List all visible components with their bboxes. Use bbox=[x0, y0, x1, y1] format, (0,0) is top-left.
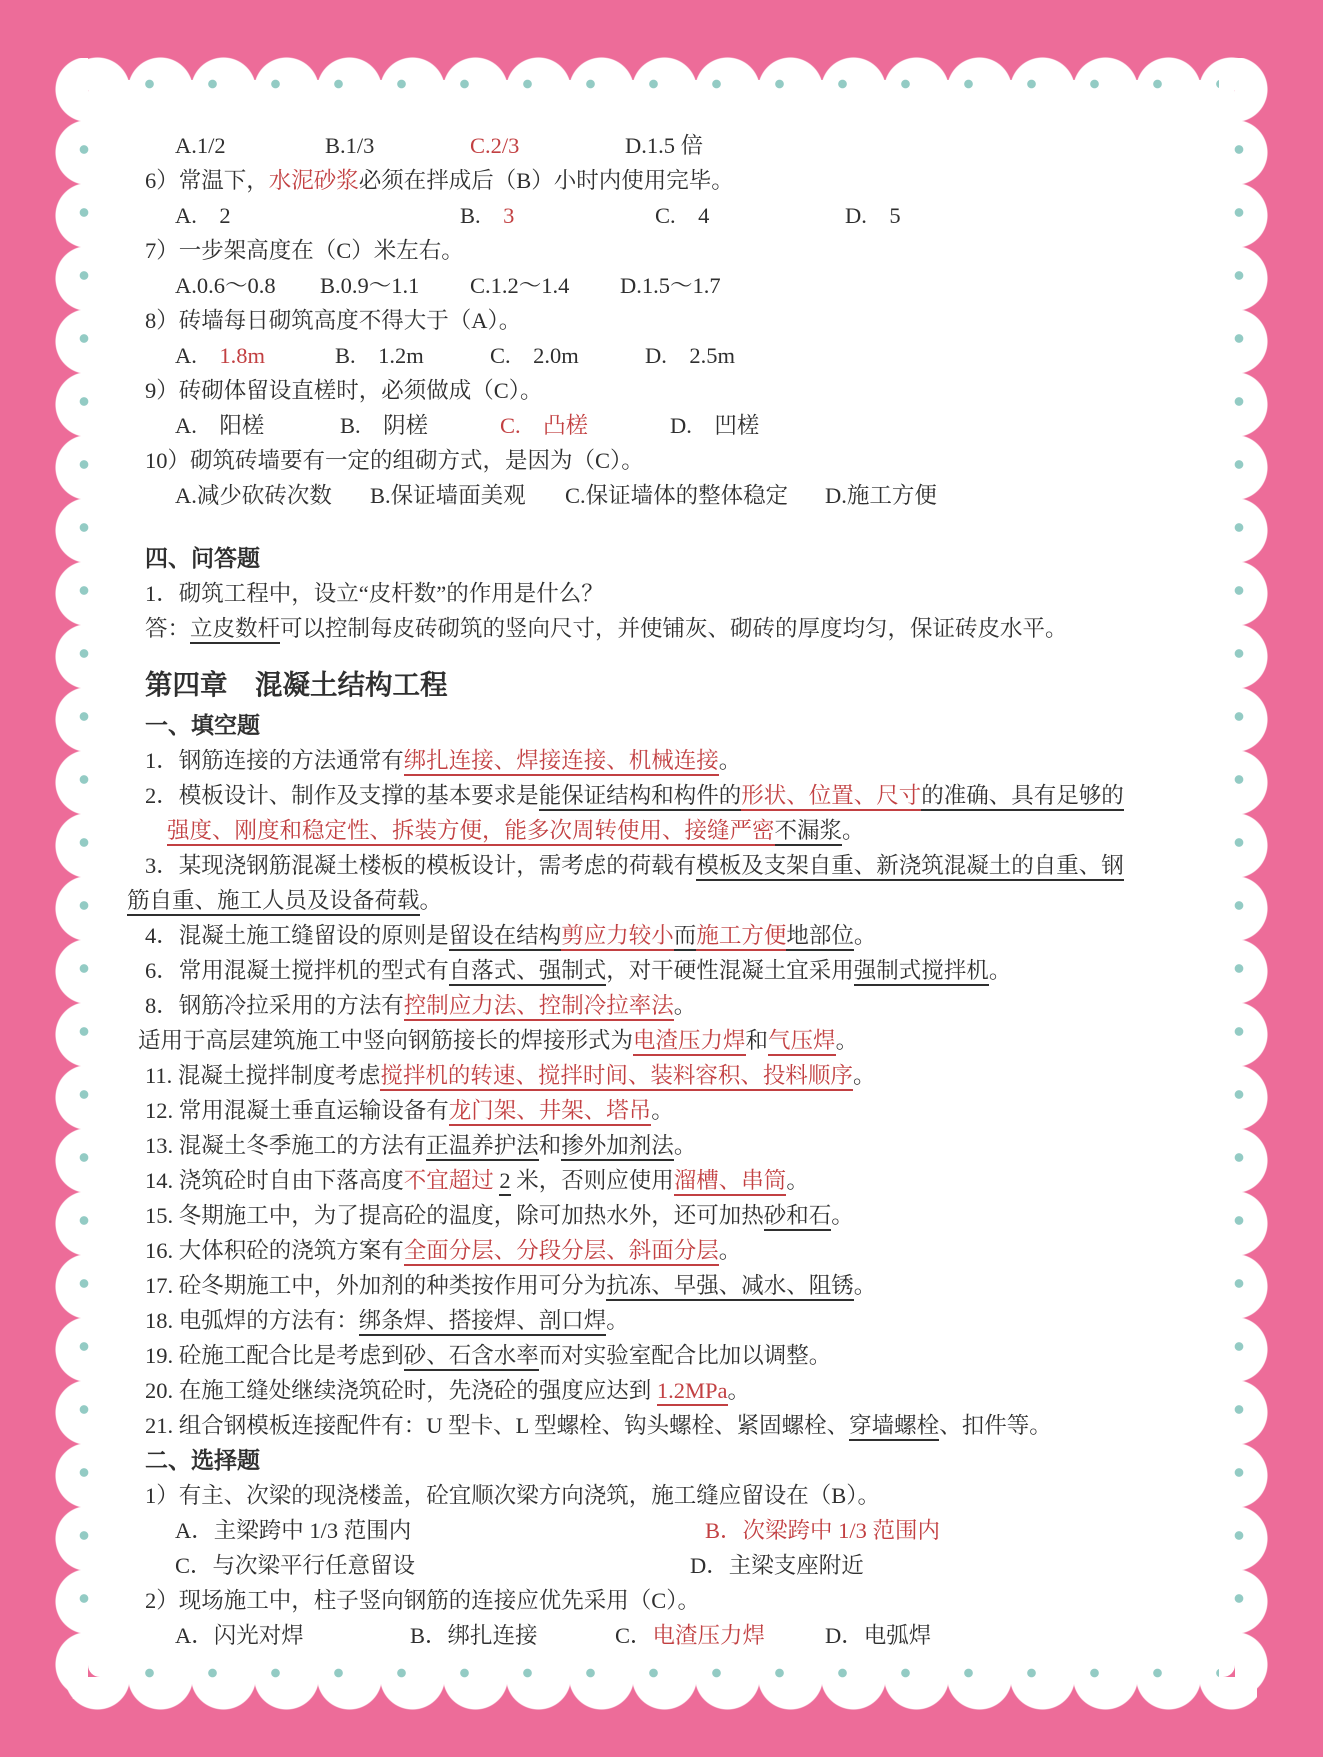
option-item: D．主梁支座附近 bbox=[690, 1548, 864, 1583]
text-line: 9）砖砌体留设直槎时，必须做成（C）。 bbox=[145, 373, 1193, 408]
text-line: 8．钢筋冷拉采用的方法有控制应力法、控制冷拉率法。 bbox=[145, 988, 1193, 1023]
text-segment: 而对实验室配合比加以调整。 bbox=[539, 1343, 832, 1368]
option-item: C．与次梁平行任意留设 bbox=[175, 1548, 415, 1583]
text-line: 14. 浇筑砼时自由下落高度不宜超过 2 米，否则应使用溜槽、串筒。 bbox=[145, 1163, 1193, 1198]
text-segment: ，对干硬性混凝土宜采用 bbox=[606, 958, 854, 983]
option-item: D. 2.5m bbox=[645, 338, 735, 373]
option-item: D. 凹槎 bbox=[670, 408, 759, 443]
text-line: 18. 电弧焊的方法有：绑条焊、搭接焊、剖口焊。 bbox=[145, 1303, 1193, 1338]
text-segment: 。 bbox=[989, 958, 1012, 983]
text-segment: 而 bbox=[674, 923, 697, 951]
text-segment: A. 2 bbox=[175, 203, 231, 228]
text-segment: C.1.2～1.4 bbox=[470, 273, 569, 298]
section-heading: 四、问答题 bbox=[145, 541, 1193, 576]
option-item: A. 阳槎 bbox=[175, 408, 264, 443]
text-line: 7）一步架高度在（C）米左右。 bbox=[145, 233, 1193, 268]
option-item: B. 3 bbox=[460, 198, 514, 233]
text-segment: A.1/2 bbox=[175, 133, 226, 158]
text-segment: A.减少砍砖次数 bbox=[175, 483, 332, 508]
options-row: A．主梁跨中 1/3 范围内B．次梁跨中 1/3 范围内 bbox=[145, 1513, 1193, 1548]
text-segment: D.1.5～1.7 bbox=[620, 273, 721, 298]
text-segment: 3 bbox=[503, 203, 514, 228]
text-segment: B．次梁跨中 1/3 范围内 bbox=[705, 1518, 940, 1543]
text-segment: C. 2.0m bbox=[490, 343, 579, 368]
text-segment: 留设在结构 bbox=[449, 923, 562, 951]
text-segment: 自落式、强制式 bbox=[449, 958, 607, 986]
text-segment: 17. 砼冬期施工中，外加剂的种类按作用可分为 bbox=[145, 1273, 606, 1298]
text-segment: C． bbox=[615, 1623, 653, 1648]
text-segment: 立皮数杆 bbox=[190, 616, 280, 644]
text-line: 21. 组合钢模板连接配件有：U 型卡、L 型螺栓、钩头螺栓、紧固螺栓、穿墙螺栓… bbox=[145, 1408, 1193, 1443]
text-line: 11. 混凝土搅拌制度考虑搅拌机的转速、搅拌时间、装料容积、投料顺序。 bbox=[145, 1058, 1193, 1093]
text-segment: A．闪光对焊 bbox=[175, 1623, 304, 1648]
text-segment: 。 bbox=[651, 1098, 674, 1123]
text-segment: 砂、石含水率 bbox=[404, 1343, 539, 1371]
text-segment: A. bbox=[175, 343, 219, 368]
text-segment: D.施工方便 bbox=[825, 483, 937, 508]
text-segment: 不漏浆 bbox=[775, 818, 843, 846]
text-segment: 的准确、具有足够的 bbox=[921, 783, 1124, 811]
spacer bbox=[145, 513, 1193, 541]
text-segment: 8．钢筋冷拉采用的方法有 bbox=[145, 993, 404, 1018]
text-segment: 水泥砂浆 bbox=[269, 168, 359, 193]
text-segment: 和 bbox=[539, 1133, 562, 1158]
text-segment: 和 bbox=[746, 1028, 769, 1053]
text-segment: 气压焊 bbox=[768, 1028, 836, 1056]
text-line: 答：立皮数杆可以控制每皮砖砌筑的竖向尺寸，并使铺灰、砌砖的厚度均匀，保证砖皮水平… bbox=[145, 611, 1193, 646]
option-item: D.施工方便 bbox=[825, 478, 937, 513]
option-item: C.保证墙体的整体稳定 bbox=[565, 478, 788, 513]
text-segment: 。 bbox=[674, 993, 697, 1018]
options-row: A.0.6～0.8B.0.9～1.1C.1.2～1.4D.1.5～1.7 bbox=[145, 268, 1193, 303]
text-segment: B.保证墙面美观 bbox=[370, 483, 526, 508]
text-segment: 可以控制每皮砖砌筑的竖向尺寸，并使铺灰、砌砖的厚度均匀，保证砖皮水平。 bbox=[280, 616, 1068, 641]
text-segment: 四、问答题 bbox=[145, 545, 260, 571]
options-row: A.1/2B.1/3C.2/3D.1.5 倍 bbox=[145, 128, 1193, 163]
text-segment: A. 阳槎 bbox=[175, 413, 264, 438]
text-segment: 21. 组合钢模板连接配件有：U 型卡、L 型螺栓、钩头螺栓、紧固螺栓、 bbox=[145, 1413, 849, 1438]
text-segment: 4．混凝土施工缝留设的原则是 bbox=[145, 923, 449, 948]
text-segment: 筋自重、施工人员及设备荷载 bbox=[127, 888, 420, 916]
chapter-heading: 第四章 混凝土结构工程 bbox=[145, 662, 1193, 708]
text-segment: A．主梁跨中 1/3 范围内 bbox=[175, 1518, 411, 1543]
text-segment: 不宜超过 bbox=[404, 1168, 494, 1193]
text-line: 19. 砼施工配合比是考虑到砂、石含水率而对实验室配合比加以调整。 bbox=[145, 1338, 1193, 1373]
text-segment: 1．砌筑工程中，设立“皮杆数”的作用是什么？ bbox=[145, 581, 604, 606]
text-segment: 。 bbox=[606, 1308, 629, 1333]
section-heading: 二、选择题 bbox=[145, 1443, 1193, 1478]
text-line: 3．某现浇钢筋混凝土楼板的模板设计，需考虑的荷载有模板及支架自重、新浇筑混凝土的… bbox=[145, 848, 1193, 883]
scalloped-border-left bbox=[55, 58, 88, 1699]
text-segment: 答： bbox=[145, 616, 190, 641]
text-segment: 2 bbox=[499, 1168, 510, 1196]
text-line: 8）砖墙每日砌筑高度不得大于（A）。 bbox=[145, 303, 1193, 338]
text-segment: 施工方便 bbox=[696, 923, 786, 951]
text-line: 10）砌筑砖墙要有一定的组砌方式，是因为（C）。 bbox=[145, 443, 1193, 478]
text-segment: 。 bbox=[728, 1378, 751, 1403]
text-segment: 2．模板设计、制作及支撑的基本要求是 bbox=[145, 783, 539, 808]
text-line: 2）现场施工中，柱子竖向钢筋的连接应优先采用（C）。 bbox=[145, 1583, 1193, 1618]
scalloped-border-right bbox=[1235, 58, 1268, 1699]
text-line: 15. 冬期施工中，为了提高砼的温度，除可加热水外，还可加热砂和石。 bbox=[145, 1198, 1193, 1233]
option-item: B．次梁跨中 1/3 范围内 bbox=[705, 1513, 940, 1548]
text-segment: 绑条焊、搭接焊、剖口焊 bbox=[359, 1308, 607, 1336]
text-segment: 绑扎连接、焊接连接、机械连接 bbox=[404, 748, 719, 776]
text-segment: 9）砖砌体留设直槎时，必须做成（C）。 bbox=[145, 378, 543, 403]
text-segment: 地部位 bbox=[786, 923, 854, 951]
text-segment: 形状、位置、尺寸 bbox=[741, 783, 921, 811]
text-segment: B. 1.2m bbox=[335, 343, 424, 368]
text-segment: 。 bbox=[786, 1168, 809, 1193]
text-line: 6）常温下，水泥砂浆必须在拌成后（B）小时内使用完毕。 bbox=[145, 163, 1193, 198]
text-segment: C.2/3 bbox=[470, 133, 519, 158]
text-segment: 必须在拌成后（B）小时内使用完毕。 bbox=[359, 168, 734, 193]
text-segment: 19. 砼施工配合比是考虑到 bbox=[145, 1343, 404, 1368]
text-segment: 6）常温下， bbox=[145, 168, 269, 193]
text-segment: 溜槽、串筒 bbox=[674, 1168, 787, 1196]
text-segment: 电渣压力焊 bbox=[653, 1623, 766, 1648]
option-item: B. 阴槎 bbox=[340, 408, 428, 443]
option-item: A.减少砍砖次数 bbox=[175, 478, 332, 513]
option-item: C. 4 bbox=[655, 198, 709, 233]
text-line: 20. 在施工缝处继续浇筑砼时，先浇砼的强度应达到 1.2MPa。 bbox=[145, 1373, 1193, 1408]
option-item: B.保证墙面美观 bbox=[370, 478, 526, 513]
text-line: 适用于高层建筑施工中竖向钢筋接长的焊接形式为电渣压力焊和气压焊。 bbox=[138, 1023, 1193, 1058]
text-segment: 能保证结构和构件的 bbox=[539, 783, 742, 811]
text-segment: 13. 混凝土冬季施工的方法有 bbox=[145, 1133, 426, 1158]
text-segment: 。 bbox=[836, 1028, 859, 1053]
text-line: 4．混凝土施工缝留设的原则是留设在结构剪应力较小而施工方便地部位。 bbox=[145, 918, 1193, 953]
text-segment: 16. 大体积砼的浇筑方案有 bbox=[145, 1238, 404, 1263]
text-segment: 强度、刚度和稳定性、拆装方便，能多次周转使用、接缝严密 bbox=[167, 818, 775, 846]
text-segment: 1.8m bbox=[219, 343, 265, 368]
text-segment: 适用于高层建筑施工中竖向钢筋接长的焊接形式为 bbox=[138, 1028, 633, 1053]
text-segment: 、扣件等。 bbox=[939, 1413, 1052, 1438]
text-segment: 强制式搅拌机 bbox=[854, 958, 989, 986]
text-line: 16. 大体积砼的浇筑方案有全面分层、分段分层、斜面分层。 bbox=[145, 1233, 1193, 1268]
text-segment: 第四章 混凝土结构工程 bbox=[145, 669, 448, 700]
option-item: A．主梁跨中 1/3 范围内 bbox=[175, 1513, 411, 1548]
text-segment: B. bbox=[460, 203, 503, 228]
options-row: A. 2B. 3C. 4D. 5 bbox=[145, 198, 1193, 233]
text-segment: 二、选择题 bbox=[145, 1447, 260, 1473]
option-item: D．电弧焊 bbox=[825, 1618, 931, 1653]
text-segment: D. 2.5m bbox=[645, 343, 735, 368]
text-segment: 。 bbox=[842, 818, 865, 843]
text-segment: 15. 冬期施工中，为了提高砼的温度，除可加热水外，还可加热 bbox=[145, 1203, 764, 1228]
text-segment: 剪应力较小 bbox=[561, 923, 674, 951]
text-segment: 全面分层、分段分层、斜面分层 bbox=[404, 1238, 719, 1266]
option-item: A. 2 bbox=[175, 198, 231, 233]
text-segment: 穿墙螺栓 bbox=[849, 1413, 939, 1441]
option-item: B. 1.2m bbox=[335, 338, 424, 373]
option-item: C. 凸槎 bbox=[500, 408, 588, 443]
text-segment: 10）砌筑砖墙要有一定的组砌方式，是因为（C）。 bbox=[145, 448, 644, 473]
text-segment: 14. 浇筑砼时自由下落高度 bbox=[145, 1168, 404, 1193]
text-segment: B．绑扎连接 bbox=[410, 1623, 538, 1648]
text-segment: 。 bbox=[420, 888, 443, 913]
text-segment: D. 5 bbox=[845, 203, 901, 228]
text-segment: 2）现场施工中，柱子竖向钢筋的连接应优先采用（C）。 bbox=[145, 1588, 700, 1613]
text-line: 1）有主、次梁的现浇楼盖，砼宜顺次梁方向浇筑，施工缝应留设在（B）。 bbox=[145, 1478, 1193, 1513]
text-segment: 1）有主、次梁的现浇楼盖，砼宜顺次梁方向浇筑，施工缝应留设在（B）。 bbox=[145, 1483, 880, 1508]
text-line: 1．砌筑工程中，设立“皮杆数”的作用是什么？ bbox=[145, 576, 1193, 611]
text-line: 1．钢筋连接的方法通常有绑扎连接、焊接连接、机械连接。 bbox=[145, 743, 1193, 778]
option-item: C.2/3 bbox=[470, 128, 519, 163]
text-line: 强度、刚度和稳定性、拆装方便，能多次周转使用、接缝严密不漏浆。 bbox=[167, 813, 1193, 848]
text-segment: D.1.5 倍 bbox=[625, 133, 703, 158]
text-segment: C. 4 bbox=[655, 203, 709, 228]
option-item: A．闪光对焊 bbox=[175, 1618, 304, 1653]
text-segment: D．主梁支座附近 bbox=[690, 1553, 864, 1578]
option-item: D.1.5～1.7 bbox=[620, 268, 721, 303]
option-item: C．电渣压力焊 bbox=[615, 1618, 765, 1653]
option-item: B．绑扎连接 bbox=[410, 1618, 538, 1653]
text-segment: 18. 电弧焊的方法有： bbox=[145, 1308, 359, 1333]
text-segment: 砂和石 bbox=[764, 1203, 832, 1231]
page-background: A.1/2B.1/3C.2/3D.1.5 倍6）常温下，水泥砂浆必须在拌成后（B… bbox=[0, 0, 1323, 1757]
text-segment: 7）一步架高度在（C）米左右。 bbox=[145, 238, 464, 263]
text-segment: 3．某现浇钢筋混凝土楼板的模板设计，需考虑的荷载有 bbox=[145, 853, 696, 878]
text-segment: 11. 混凝土搅拌制度考虑 bbox=[145, 1063, 380, 1088]
dot-trim-right bbox=[1234, 104, 1244, 1653]
text-segment: 6．常用混凝土搅拌机的型式有 bbox=[145, 958, 449, 983]
text-segment: 。 bbox=[853, 1063, 876, 1088]
text-segment: 龙门架、井架、塔吊 bbox=[449, 1098, 652, 1126]
option-item: C. 2.0m bbox=[490, 338, 579, 373]
text-segment: 20. 在施工缝处继续浇筑砼时，先浇砼的强度应达到 bbox=[145, 1378, 657, 1403]
option-item: D. 5 bbox=[845, 198, 901, 233]
option-item: B.0.9～1.1 bbox=[320, 268, 419, 303]
text-segment: 搅拌机的转速、搅拌时间、装料容积、投料顺序 bbox=[380, 1063, 853, 1091]
option-item: A. 1.8m bbox=[175, 338, 265, 373]
text-segment: 一、填空题 bbox=[145, 712, 260, 738]
text-segment: 模板及支架自重、新浇筑混凝土的自重、钢 bbox=[696, 853, 1124, 881]
text-segment: D. 凹槎 bbox=[670, 413, 759, 438]
text-line: 筋自重、施工人员及设备荷载。 bbox=[127, 883, 1193, 918]
options-row: C．与次梁平行任意留设D．主梁支座附近 bbox=[145, 1548, 1193, 1583]
text-segment: C．与次梁平行任意留设 bbox=[175, 1553, 415, 1578]
text-segment: D．电弧焊 bbox=[825, 1623, 931, 1648]
text-segment: 。 bbox=[674, 1133, 697, 1158]
option-item: D.1.5 倍 bbox=[625, 128, 703, 163]
text-line: 12. 常用混凝土垂直运输设备有龙门架、井架、塔吊。 bbox=[145, 1093, 1193, 1128]
text-segment: 掺外加剂法 bbox=[561, 1133, 674, 1161]
text-segment: 。 bbox=[831, 1203, 854, 1228]
options-row: A.减少砍砖次数B.保证墙面美观C.保证墙体的整体稳定D.施工方便 bbox=[145, 478, 1193, 513]
text-line: 13. 混凝土冬季施工的方法有正温养护法和掺外加剂法。 bbox=[145, 1128, 1193, 1163]
text-segment: A.0.6～0.8 bbox=[175, 273, 276, 298]
options-row: A．闪光对焊B．绑扎连接C．电渣压力焊D．电弧焊 bbox=[145, 1618, 1193, 1653]
text-segment: B. 阴槎 bbox=[340, 413, 428, 438]
option-item: A.1/2 bbox=[175, 128, 226, 163]
text-segment: B.0.9～1.1 bbox=[320, 273, 419, 298]
text-segment: 12. 常用混凝土垂直运输设备有 bbox=[145, 1098, 449, 1123]
text-segment: 1.2MPa bbox=[657, 1378, 728, 1406]
text-segment: B.1/3 bbox=[325, 133, 374, 158]
text-segment: 控制应力法、控制冷拉率法 bbox=[404, 993, 674, 1021]
text-segment: 电渣压力焊 bbox=[633, 1028, 746, 1056]
text-segment: 正温养护法 bbox=[426, 1133, 539, 1161]
exam-text-content: A.1/2B.1/3C.2/3D.1.5 倍6）常温下，水泥砂浆必须在拌成后（B… bbox=[145, 128, 1193, 1653]
text-segment: 8）砖墙每日砌筑高度不得大于（A）。 bbox=[145, 308, 521, 333]
text-segment: C. 凸槎 bbox=[500, 413, 588, 438]
text-segment: 。 bbox=[719, 748, 742, 773]
options-row: A. 阳槎B. 阴槎C. 凸槎D. 凹槎 bbox=[145, 408, 1193, 443]
text-segment: C.保证墙体的整体稳定 bbox=[565, 483, 788, 508]
option-item: B.1/3 bbox=[325, 128, 374, 163]
options-row: A. 1.8mB. 1.2mC. 2.0mD. 2.5m bbox=[145, 338, 1193, 373]
section-heading: 一、填空题 bbox=[145, 708, 1193, 743]
scalloped-border-bottom bbox=[66, 1677, 1257, 1710]
text-segment: 抗冻、早强、减水、阻锈 bbox=[606, 1273, 854, 1301]
text-line: 6．常用混凝土搅拌机的型式有自落式、强制式，对干硬性混凝土宜采用强制式搅拌机。 bbox=[145, 953, 1193, 988]
option-item: A.0.6～0.8 bbox=[175, 268, 276, 303]
text-segment: 。 bbox=[719, 1238, 742, 1263]
text-segment: 。 bbox=[854, 923, 877, 948]
text-segment: 1．钢筋连接的方法通常有 bbox=[145, 748, 404, 773]
option-item: C.1.2～1.4 bbox=[470, 268, 569, 303]
text-segment: 米，否则应使用 bbox=[511, 1168, 674, 1193]
text-line: 17. 砼冬期施工中，外加剂的种类按作用可分为抗冻、早强、减水、阻锈。 bbox=[145, 1268, 1193, 1303]
text-segment: 。 bbox=[854, 1273, 877, 1298]
text-line: 2．模板设计、制作及支撑的基本要求是能保证结构和构件的形状、位置、尺寸的准确、具… bbox=[145, 778, 1193, 813]
